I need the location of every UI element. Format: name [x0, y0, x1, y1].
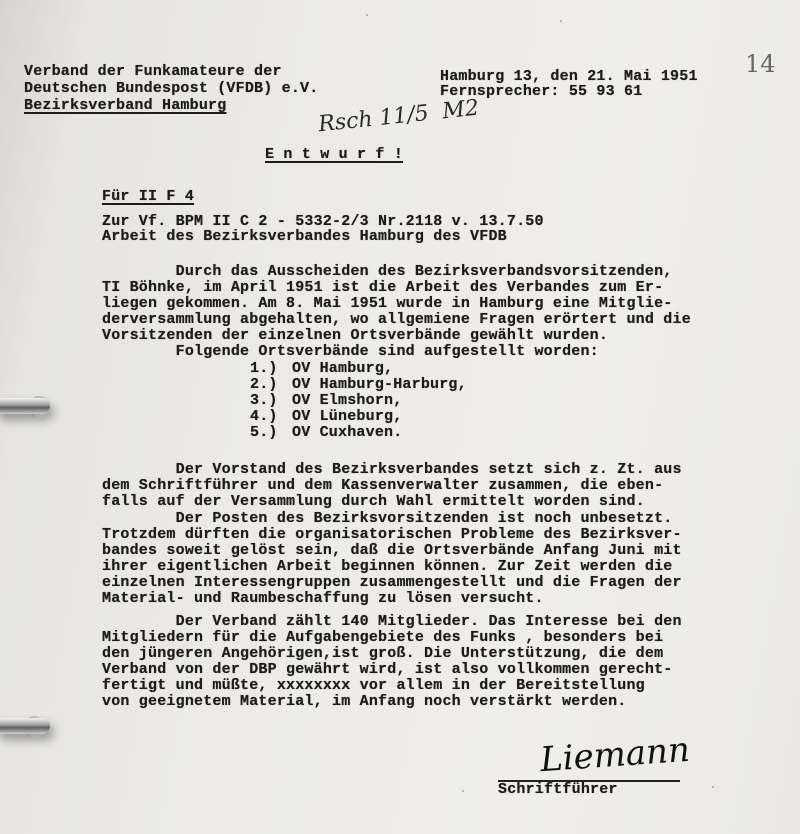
body-line: Vorsitzenden der einzelnen Ortsverbände … [102, 328, 608, 343]
list-item: OV Elmshorn, [292, 393, 402, 408]
paper-speck [560, 20, 562, 22]
list-number: 4.) [250, 409, 278, 424]
reference-for: Für II F 4 [102, 189, 194, 204]
reference-line: Zur Vf. BPM II C 2 - 5332-2/3 Nr.2118 v.… [102, 214, 544, 229]
body-line: Der Posten des Bezirksvorsitzenden ist n… [102, 511, 673, 526]
body-line: fertigt und müßte, xxxxxxxx vor allem in… [102, 678, 645, 693]
handwritten-annotation: Rsch 11/5 M2 [317, 96, 480, 138]
body-line: den jüngeren Angehörigen,ist groß. Die U… [102, 646, 663, 661]
subject-line: Arbeit des Bezirksverbandes Hamburg des … [102, 229, 507, 244]
body-line: Trotzdem dürften die organisatorischen P… [102, 527, 682, 542]
org-name-line3: Bezirksverband Hamburg [24, 98, 226, 113]
body-line: ihrer eigentlichen Arbeit beginnen könne… [102, 559, 673, 574]
body-line: Der Vorstand des Bezirksverbandes setzt … [102, 462, 682, 477]
place-date: Hamburg 13, den 21. Mai 1951 [440, 69, 698, 84]
body-line: liegen gekommen. Am 8. Mai 1951 wurde in… [102, 296, 673, 311]
body-line: Verband von der DBP gewährt wird, ist al… [102, 662, 673, 677]
list-item: OV Hamburg-Harburg, [292, 377, 467, 392]
page-number: 14 [745, 50, 776, 78]
body-line: von geeignetem Material, im Anfang noch … [102, 694, 626, 709]
body-line: Folgende Ortsverbände sind aufgestellt w… [102, 344, 599, 359]
list-number: 5.) [250, 425, 278, 440]
binder-ring-top [0, 398, 50, 414]
list-item: OV Hamburg, [292, 361, 393, 376]
body-line: bandes soweit gelöst sein, daß die Ortsv… [102, 543, 682, 558]
body-line: Der Verband zählt 140 Mitglieder. Das In… [102, 614, 682, 629]
list-number: 1.) [250, 361, 278, 376]
body-line: dem Schriftführer und dem Kassenverwalte… [102, 478, 663, 493]
list-number: 3.) [250, 393, 278, 408]
paper-speck [462, 790, 464, 792]
org-name-line2: Deutschen Bundespost (VFDB) e.V. [24, 81, 318, 96]
body-line: TI Böhnke, im April 1951 ist die Arbeit … [102, 280, 663, 295]
binder-ring-bottom [0, 718, 50, 734]
list-item: OV Cuxhaven. [292, 425, 402, 440]
body-line: Mitgliedern für die Aufgabengebiete des … [102, 630, 663, 645]
paper-speck [366, 14, 368, 16]
org-name-line1: Verband der Funkamateure der [24, 64, 282, 79]
body-line: Durch das Ausscheiden des Bezirksverband… [102, 264, 673, 279]
body-line: derversammlung abgehalten, wo allgemiene… [102, 312, 691, 327]
body-line: einzelnen Interessengruppen zusammengest… [102, 575, 682, 590]
body-line: falls auf der Versammlung durch Wahl erm… [102, 494, 645, 509]
list-item: OV Lüneburg, [292, 409, 402, 424]
document-title: E n t w u r f ! [265, 147, 403, 162]
paper-speck [712, 786, 714, 788]
list-number: 2.) [250, 377, 278, 392]
body-line: Material- und Raumbeschaffung zu lösen v… [102, 591, 544, 606]
document-page: Verband der Funkamateure der Deutschen B… [0, 0, 800, 834]
handwritten-signature: Liemann [539, 730, 691, 780]
signatory-role: Schriftführer [498, 782, 618, 797]
